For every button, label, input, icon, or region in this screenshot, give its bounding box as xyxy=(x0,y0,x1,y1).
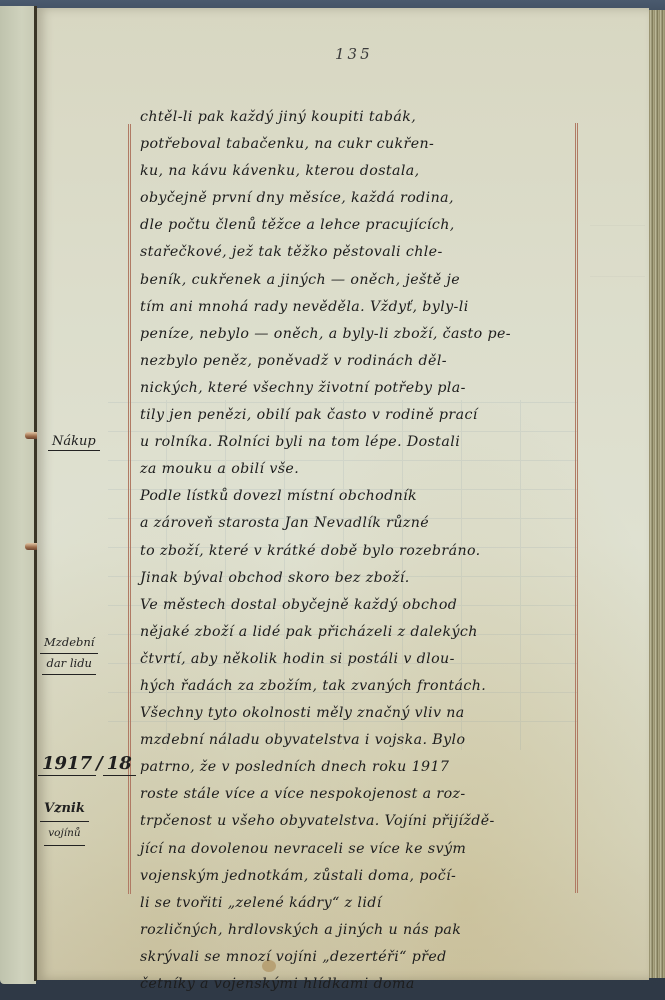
margin-note-vznik-line1: Vznik xyxy=(40,798,89,822)
text-line: beník, cukřenek a jiných — oněch, ještě … xyxy=(140,267,580,294)
text-line: ku, na kávu kávenku, kterou dostala, xyxy=(140,158,580,185)
text-line: Všechny tyto okolnosti měly značný vliv … xyxy=(140,700,580,727)
text-line: to zboží, které v krátké době bylo rozeb… xyxy=(140,538,580,565)
text-line: četníky a vojenskými hlídkami doma xyxy=(140,971,580,998)
margin-note-vznik-line2: vojínů xyxy=(44,822,84,846)
bleed-through-mark xyxy=(590,225,645,277)
text-line: čtvrtí, aby několik hodin si postáli v d… xyxy=(140,646,580,673)
text-line: dle počtu členů těžce a lehce pracujícíc… xyxy=(140,212,580,239)
text-line: li se tvořiti „zelené kádry“ z lidí xyxy=(140,890,580,917)
paper-stain xyxy=(262,960,276,972)
page-stack-edges xyxy=(649,10,665,978)
margin-note-mzdy-line2: dar lidu xyxy=(42,654,96,675)
text-line: peníze, nebylo — oněch, a byly-li zboží,… xyxy=(140,321,580,348)
text-line: u rolníka. Rolníci byli na tom lépe. Dos… xyxy=(140,429,580,456)
text-line: nických, které všechny životní potřeby p… xyxy=(140,375,580,402)
margin-note-nakup-text: Nákup xyxy=(48,434,100,451)
text-line: hých řadách za zbožím, tak zvaných front… xyxy=(140,673,580,700)
text-line: chtěl-li pak každý jiný koupiti tabák, xyxy=(140,104,580,131)
text-line: nezbylo peněz, poněvadž v rodinách děl- xyxy=(140,348,580,375)
text-line: za mouku a obilí vše. xyxy=(140,456,580,483)
text-line: nějaké zboží a lidé pak přicházeli z dal… xyxy=(140,619,580,646)
margin-note-year-a: 1917 xyxy=(38,753,96,776)
left-margin-rule xyxy=(128,124,131,894)
handwritten-body: chtěl-li pak každý jiný koupiti tabák, p… xyxy=(140,104,580,998)
text-line: Podle lístků dovezl místní obchodník xyxy=(140,483,580,510)
text-line: Ve městech dostal obyčejně každý obchod xyxy=(140,592,580,619)
text-line: jící na dovolenou nevraceli se více ke s… xyxy=(140,836,580,863)
text-line: patrno, že v posledních dnech roku 1917 xyxy=(140,754,580,781)
margin-note-year: 1917/18 xyxy=(38,753,136,776)
facing-page-edge xyxy=(0,6,36,984)
margin-note-year-b: 18 xyxy=(103,753,136,776)
page-number: 135 xyxy=(335,45,373,63)
text-line: Jinak býval obchod skoro bez zboží. xyxy=(140,565,580,592)
text-line: roste stále více a více nespokojenost a … xyxy=(140,781,580,808)
text-line: potřeboval tabačenku, na cukr cukřen- xyxy=(140,131,580,158)
text-line: vojenským jednotkám, zůstali doma, počí- xyxy=(140,863,580,890)
text-line: tily jen penězi, obilí pak často v rodin… xyxy=(140,402,580,429)
margin-note-vznik: Vznik vojínů xyxy=(40,798,89,846)
text-line: obyčejně první dny měsíce, každá rodina, xyxy=(140,185,580,212)
text-line: skrývali se mnozí vojíni „dezertéři“ pře… xyxy=(140,944,580,971)
margin-note-mzdy-line1: Mzdební xyxy=(40,633,98,654)
text-line: a zároveň starosta Jan Nevadlík různé xyxy=(140,510,580,537)
margin-note-nakup: Nákup xyxy=(48,434,100,451)
text-line: stařečkové, jež tak těžko pěstovali chle… xyxy=(140,239,580,266)
text-line: rozličných, hrdlovských a jiných u nás p… xyxy=(140,917,580,944)
text-line: tím ani mnohá rady nevěděla. Vždyť, byly… xyxy=(140,294,580,321)
text-line: mzdební náladu obyvatelstva i vojska. By… xyxy=(140,727,580,754)
margin-note-mzdy: Mzdební dar lidu xyxy=(40,633,98,675)
text-line: trpčenost u všeho obyvatelstva. Vojíni p… xyxy=(140,808,580,835)
